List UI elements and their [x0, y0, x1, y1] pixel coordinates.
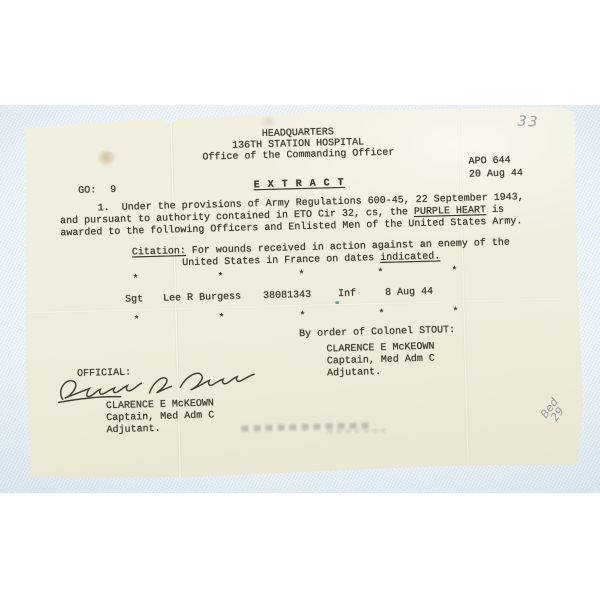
asterisk: * — [217, 272, 223, 283]
document-paper: HEADQUARTERS 136TH STATION HOSPITAL Offi… — [19, 105, 584, 481]
recipient-serial-number: 38081343 — [263, 290, 311, 302]
apo-number: APO 644 — [468, 155, 510, 167]
order-signer-title: Captain, Med Adm C — [327, 354, 435, 368]
citation-indicated-emphasis: indicated. — [380, 251, 440, 264]
by-order-line: By order of Colonel STOUT: — [299, 325, 455, 340]
order-signer-role: Adjutant. — [327, 367, 381, 379]
asterisk: * — [378, 309, 384, 320]
body-line-2-post: is — [486, 205, 504, 216]
asterisk: * — [299, 311, 305, 322]
pencil-annotation-bed-29: Bed 29 — [539, 397, 568, 426]
official-signer-title: Captain, Med Adm C — [106, 410, 214, 424]
asterisk: * — [134, 315, 140, 326]
photo-of-document: HEADQUARTERS 136TH STATION HOSPITAL Offi… — [0, 0, 600, 600]
asterisk: * — [377, 268, 383, 279]
purple-heart-emphasis: PURPLE HEART — [414, 205, 486, 218]
asterisk: * — [218, 313, 224, 324]
recipient-name: Lee R Burgess — [163, 292, 241, 305]
official-signer-role: Adjutant. — [106, 424, 160, 436]
stain-spot — [255, 116, 281, 126]
recipient-rank: Sgt — [125, 294, 143, 305]
recipient-branch: Inf — [338, 289, 356, 300]
asterisk: * — [132, 274, 138, 285]
citation-label: Citation: — [132, 246, 186, 258]
asterisk: * — [452, 307, 458, 318]
pencil-annotation-33: 33 — [517, 114, 540, 131]
recipient-wound-date: 8 Aug 44 — [385, 287, 433, 299]
ink-speck — [335, 301, 339, 304]
asterisk: * — [451, 266, 457, 277]
erased-stamp-smudge — [328, 429, 386, 434]
asterisk: * — [298, 270, 304, 281]
